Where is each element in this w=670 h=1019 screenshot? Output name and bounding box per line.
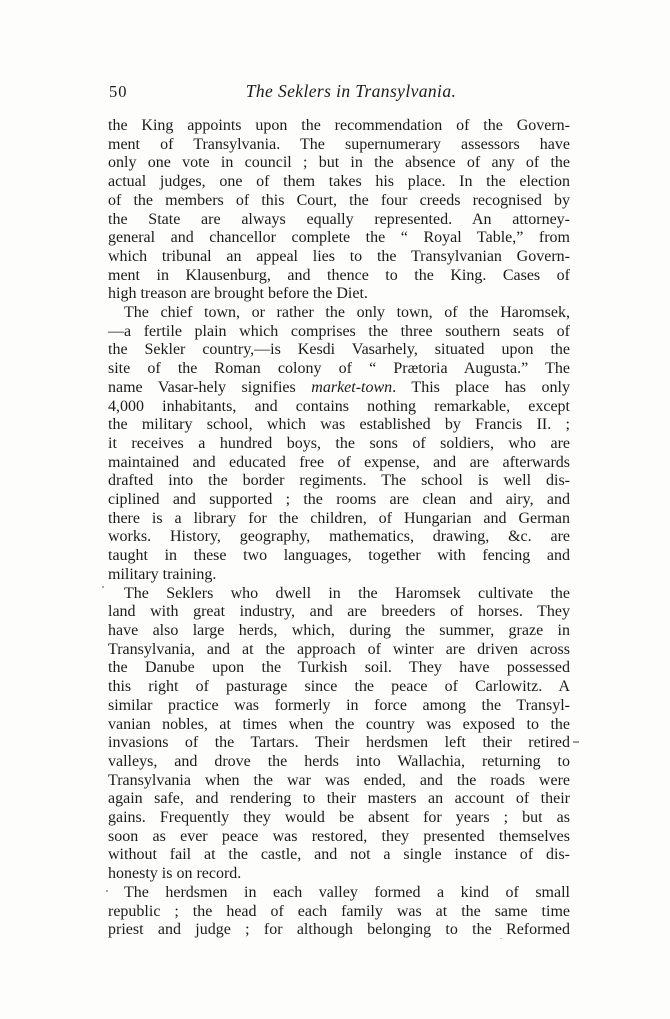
paragraph: the King appoints upon the recommendatio…: [108, 117, 570, 304]
text-line: drafted into the border regiments. The s…: [108, 472, 570, 491]
running-title: The Seklers in Transylvania.: [120, 81, 582, 102]
scan-speck: [573, 741, 579, 743]
text-line: this right of pasturage since the peace …: [108, 678, 570, 697]
text-line: have also large herds, which, during the…: [108, 622, 570, 641]
text-line: The chief town, or rather the only town,…: [108, 304, 570, 323]
text-line: site of the Roman colony of “ Prætoria A…: [108, 360, 570, 379]
text-line: Transylvania, and at the approach of win…: [108, 641, 570, 660]
text-line: —a fertile plain which comprises the thr…: [108, 323, 570, 342]
text-line: republic ; the head of each family was a…: [108, 903, 570, 922]
scan-speck: [106, 890, 108, 892]
text-line: the State are always equally represented…: [108, 211, 570, 230]
text-line: honesty is on record.: [108, 865, 570, 884]
text-line: ciplined and supported ; the rooms are c…: [108, 491, 570, 510]
text-line: The herdsmen in each valley formed a kin…: [108, 884, 570, 903]
text-line: of the members of this Court, the four c…: [108, 192, 570, 211]
text-line: gains. Frequently they would be absent f…: [108, 809, 570, 828]
text-line: military training.: [108, 566, 570, 585]
text-line: soon as ever peace was restored, they pr…: [108, 828, 570, 847]
text-line: Transylvania when the war was ended, and…: [108, 772, 570, 791]
text-line: The Seklers who dwell in the Haromsek cu…: [108, 585, 570, 604]
text-line: name Vasar-hely signifies market-town. T…: [108, 379, 570, 398]
text-line: the Danube upon the Turkish soil. They h…: [108, 659, 570, 678]
text-line: without fail at the castle, and not a si…: [108, 846, 570, 865]
text-line: similar practice was formerly in force a…: [108, 697, 570, 716]
page-body: the King appoints upon the recommendatio…: [108, 117, 570, 940]
text-line: invasions of the Tartars. Their herdsmen…: [108, 734, 570, 753]
text-line: ment in Klausenburg, and thence to the K…: [108, 267, 570, 286]
text-line: there is a library for the children, of …: [108, 510, 570, 529]
page-header: 50 The Seklers in Transylvania.: [108, 81, 570, 103]
text-line: high treason are brought before the Diet…: [108, 285, 570, 304]
paragraph: The herdsmen in each valley formed a kin…: [108, 884, 570, 940]
text-line: taught in these two languages, together …: [108, 547, 570, 566]
text-line: the military school, which was establish…: [108, 416, 570, 435]
text-line: actual judges, one of them takes his pla…: [108, 173, 570, 192]
text-line: valleys, and drove the herds into Wallac…: [108, 753, 570, 772]
text-line: the Sekler country,—is Kesdi Vasarhely, …: [108, 341, 570, 360]
paragraph: The chief town, or rather the only town,…: [108, 304, 570, 585]
text-line: general and chancellor complete the “ Ro…: [108, 229, 570, 248]
book-page: 50 The Seklers in Transylvania. the King…: [0, 0, 670, 1019]
text-line: vanian nobles, at times when the country…: [108, 716, 570, 735]
text-line: works. History, geography, mathematics, …: [108, 528, 570, 547]
text-line: land with great industry, and are breede…: [108, 603, 570, 622]
paragraph: The Seklers who dwell in the Haromsek cu…: [108, 585, 570, 884]
scan-speck: [102, 586, 104, 588]
text-line: maintained and educated free of expense,…: [108, 454, 570, 473]
text-line: the King appoints upon the recommendatio…: [108, 117, 570, 136]
text-line: it receives a hundred boys, the sons of …: [108, 435, 570, 454]
text-line: which tribunal an appeal lies to the Tra…: [108, 248, 570, 267]
text-line: only one vote in council ; but in the ab…: [108, 154, 570, 173]
scan-speck: [500, 938, 502, 939]
text-line: 4,000 inhabitants, and contains nothing …: [108, 398, 570, 417]
text-line: ment of Transylvania. The supernumerary …: [108, 136, 570, 155]
text-line: again safe, and rendering to their maste…: [108, 790, 570, 809]
